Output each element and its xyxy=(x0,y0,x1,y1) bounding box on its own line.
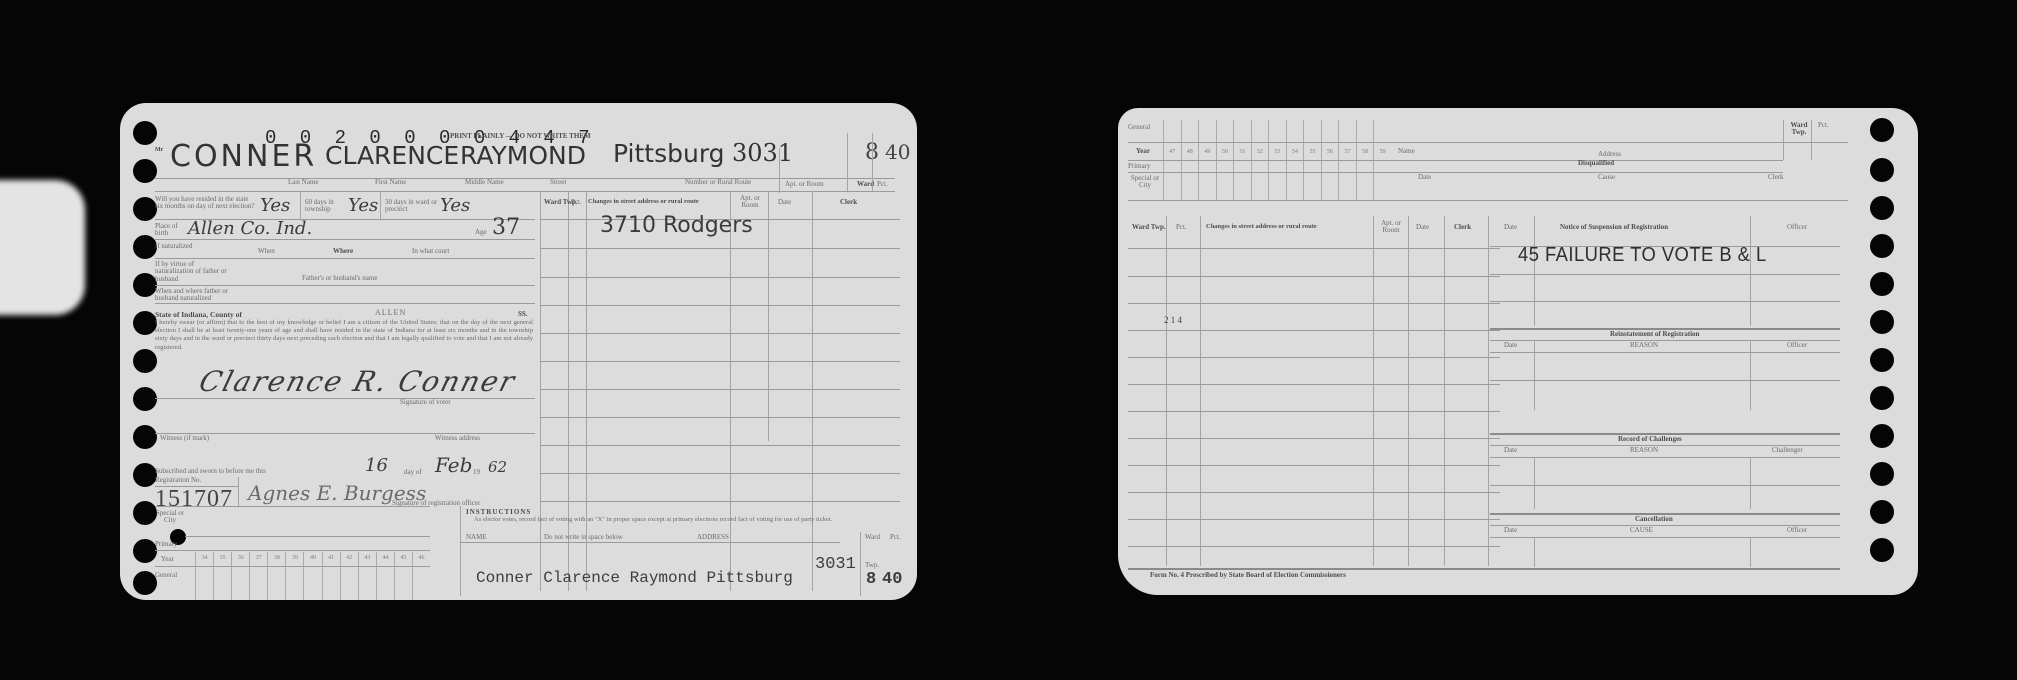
col-header-apt: Apt. or Room xyxy=(1376,220,1406,235)
year-label: 46 xyxy=(413,555,430,561)
pct-top: 40 xyxy=(885,140,910,164)
label-naturalized: If naturalized xyxy=(155,243,195,250)
punch-hole xyxy=(133,501,157,525)
label-pct-bottom: Pct. xyxy=(890,534,901,541)
year-label: 49 xyxy=(1199,149,1216,155)
year-label: 48 xyxy=(1182,149,1199,155)
label-cancellation-officer: Officer xyxy=(1787,527,1807,534)
year-cell: 38 xyxy=(267,552,285,600)
year-label: 40 xyxy=(304,555,321,561)
punch-hole xyxy=(133,387,157,411)
oath-state-label: State of Indiana, County of xyxy=(155,311,242,319)
label-challenge-date: Date xyxy=(1504,447,1517,454)
punch-hole xyxy=(1870,424,1894,448)
cancellation-title: Cancellation xyxy=(1635,516,1673,523)
middle-name: RAYMOND xyxy=(460,141,586,170)
year-label: 53 xyxy=(1269,149,1286,155)
year-label: 38 xyxy=(268,555,285,561)
punch-hole xyxy=(1870,500,1894,524)
label-father-naturalization: If by virtue of naturalization of father… xyxy=(155,261,227,283)
year-cell: 34 xyxy=(195,552,213,600)
year-label: 37 xyxy=(250,555,267,561)
col-header-changes: Changes in street address or rural route xyxy=(588,199,699,206)
instructions-box: INSTRUCTIONS As elector votes, record fa… xyxy=(460,506,910,596)
label-subscribed: Subscribed and sworn to before me this xyxy=(155,468,266,475)
label-court: In what court xyxy=(412,248,449,255)
label-challenger: Challenger xyxy=(1772,447,1803,454)
resided-state-value: Yes xyxy=(260,195,290,216)
label-last-name: Last Name xyxy=(288,179,319,186)
label-pct: Pct. xyxy=(1818,122,1829,129)
punch-hole xyxy=(133,539,157,563)
punch-hole xyxy=(133,197,157,221)
year-cell: 43 xyxy=(358,552,376,600)
label-suspension-date: Date xyxy=(1504,224,1517,231)
registration-card-front: 0 0 2 0 0 0 0 4 4 7 PRINT PLAINLY — DO N… xyxy=(120,103,917,600)
year-label: 43 xyxy=(359,555,376,561)
reinstatement-section: Reinstatement of Registration Date REASO… xyxy=(1490,328,1840,408)
label-disqualified: Disqualified xyxy=(1578,160,1614,167)
suspension-title: Notice of Suspension of Registration xyxy=(1560,224,1668,231)
header-notice: PRINT PLAINLY — DO NOT WRITE THEM xyxy=(450,133,591,140)
year-label: 41 xyxy=(323,555,340,561)
punch-hole xyxy=(1870,272,1894,296)
label-days-ward: 30 days in ward or precinct xyxy=(385,199,440,214)
grid-label-primary: Primary xyxy=(1128,163,1151,170)
label-date: Date xyxy=(1418,174,1431,181)
punch-hole xyxy=(133,159,157,183)
year-label: 44 xyxy=(377,555,394,561)
grid-label-year: Year xyxy=(161,556,174,563)
label-birth: Place of birth xyxy=(155,223,185,238)
col-header-changes: Changes in street address or rural route xyxy=(1206,224,1317,231)
label-donot-write: Do not write in space below xyxy=(544,534,623,541)
year-label: 51 xyxy=(1234,149,1251,155)
col-header-ward: Ward Twp. xyxy=(1132,224,1166,231)
year-label: 59 xyxy=(1374,149,1391,155)
year-cell: 39 xyxy=(285,552,303,600)
last-name: CONNER xyxy=(170,139,317,174)
challenges-title: Record of Challenges xyxy=(1618,436,1682,443)
punch-hole xyxy=(133,571,157,595)
grid-label-special: Special or City xyxy=(155,510,185,525)
punch-hole xyxy=(1870,462,1894,486)
label-day-of: day of xyxy=(404,469,422,476)
punch-hole xyxy=(1870,234,1894,258)
label-resided-state: Will you have resided in the state six m… xyxy=(155,196,255,211)
challenges-section: Record of Challenges Date REASON Challen… xyxy=(1490,433,1840,513)
label-reinstatement-reason: REASON xyxy=(1630,342,1658,349)
label-days-township: 60 days in township xyxy=(305,199,345,214)
label-middle-name: Middle Name xyxy=(465,179,504,186)
typed-name: Conner Clarence Raymond Pittsburg xyxy=(476,569,793,587)
street-name: Pittsburg xyxy=(613,139,725,168)
grid-label-special: Special or City xyxy=(1130,175,1160,190)
back-address-change-table: Ward Twp. Pct. Changes in street address… xyxy=(1128,216,1500,576)
year-label: 47 xyxy=(1164,149,1181,155)
suspension-entry: 45 FAILURE TO VOTE B & L xyxy=(1518,244,1767,267)
voting-grid: Special or City Primary Year General 343… xyxy=(155,506,430,600)
salutation: Mr xyxy=(155,147,163,153)
year-cell: 46 xyxy=(412,552,430,600)
oath-county: ALLEN xyxy=(375,309,406,317)
punch-hole xyxy=(133,235,157,259)
grid-label-general: General xyxy=(155,572,177,579)
label-cancellation-date: Date xyxy=(1504,527,1517,534)
punch-hole xyxy=(133,425,157,449)
punch-hole xyxy=(1870,196,1894,220)
punch-hole xyxy=(133,349,157,373)
subscribed-year: 62 xyxy=(488,458,507,476)
birth-value: Allen Co. Ind. xyxy=(188,218,312,239)
year-cell: 35 xyxy=(213,552,231,600)
label-apt: Apt. or Room xyxy=(785,181,824,188)
label-challenge-reason: REASON xyxy=(1630,447,1658,454)
scan-glare xyxy=(0,180,85,315)
label-when: When xyxy=(258,248,275,255)
label-reg-no: Registration No. xyxy=(155,477,201,484)
label-number: Number or Rural Route xyxy=(685,179,751,186)
label-first-name: First Name xyxy=(375,179,406,186)
label-father-when: When and where father or husband natural… xyxy=(155,288,240,303)
punch-hole xyxy=(133,311,157,335)
age-value: 37 xyxy=(492,215,520,240)
punch-hole xyxy=(133,273,157,297)
label-suspension-officer: Officer xyxy=(1787,224,1807,231)
label-age: Age xyxy=(475,229,487,236)
col-header-date: Date xyxy=(778,199,791,206)
reinstatement-title: Reinstatement of Registration xyxy=(1610,331,1699,338)
oath-ss: SS. xyxy=(518,311,528,318)
col-header-pct: Pct. xyxy=(571,199,582,206)
year-label: 56 xyxy=(1322,149,1339,155)
form-footer: Form No. 4 Prescribed by State Board of … xyxy=(1150,572,1346,579)
col-header-clerk: Clerk xyxy=(1454,224,1471,231)
days-ward-value: Yes xyxy=(440,195,470,216)
punch-hole xyxy=(133,121,157,145)
grid-label-year: Year xyxy=(1136,148,1150,155)
year-label: 54 xyxy=(1287,149,1304,155)
label-ward: Ward Twp. xyxy=(1788,122,1810,137)
col-header-apt: Apt. or Room xyxy=(735,195,765,210)
year-cell: 44 xyxy=(376,552,394,600)
year-label: 57 xyxy=(1339,149,1356,155)
days-township-value: Yes xyxy=(348,195,378,216)
typed-ward: 8 xyxy=(866,570,876,589)
address-change-entry: 3710 Rodgers xyxy=(600,213,753,238)
first-name: CLARENCE xyxy=(325,141,459,170)
year-label: 45 xyxy=(395,555,412,561)
label-year: 19 xyxy=(473,469,480,476)
year-label: 39 xyxy=(286,555,303,561)
label-twp-bottom: Twp. xyxy=(865,562,879,569)
year-label: 55 xyxy=(1304,149,1321,155)
label-name: NAME xyxy=(466,534,487,541)
cancellation-section: Cancellation Date CAUSE Officer xyxy=(1490,513,1840,573)
label-cause: Cause xyxy=(1598,174,1615,181)
label-father-name: Father's or husband's name xyxy=(302,275,377,282)
punch-hole xyxy=(1870,158,1894,182)
label-voter-signature: Signature of voter xyxy=(400,399,451,406)
year-label: 35 xyxy=(214,555,231,561)
year-label: 34 xyxy=(196,555,213,561)
label-ward-bottom: Ward xyxy=(865,534,880,541)
label-pct: Pct. xyxy=(877,181,888,188)
year-cell: 36 xyxy=(231,552,249,600)
grid-label-general: General xyxy=(1128,124,1150,131)
label-clerk: Clerk xyxy=(1768,174,1784,181)
street-number: 3031 xyxy=(732,139,793,167)
grid-label-primary: Primary xyxy=(155,541,178,548)
col-header-date: Date xyxy=(1416,224,1429,231)
label-witness-address: Witness address xyxy=(435,435,480,442)
pencil-marks: 2 1 4 xyxy=(1164,316,1182,325)
label-cancellation-cause: CAUSE xyxy=(1630,527,1653,534)
label-address: Address xyxy=(1598,151,1621,158)
label-reinstatement-date: Date xyxy=(1504,342,1517,349)
oath-text: I hereby swear (or affirm) that to the b… xyxy=(155,319,533,352)
punch-hole xyxy=(1870,118,1894,142)
year-cell: 41 xyxy=(322,552,340,600)
year-label: 58 xyxy=(1357,149,1374,155)
punch-hole xyxy=(1870,538,1894,562)
year-cell: 45 xyxy=(394,552,412,600)
year-label: 50 xyxy=(1217,149,1234,155)
punch-hole xyxy=(1870,348,1894,372)
year-label: 42 xyxy=(341,555,358,561)
typed-pct: 40 xyxy=(882,570,902,589)
punch-hole xyxy=(1870,310,1894,334)
label-where: Where xyxy=(333,248,353,255)
typed-number: 3031 xyxy=(815,555,856,574)
label-name: Name xyxy=(1398,148,1415,155)
suspension-section: Date Notice of Suspension of Registratio… xyxy=(1490,216,1840,296)
year-label: 36 xyxy=(232,555,249,561)
label-reinstatement-officer: Officer xyxy=(1787,342,1807,349)
col-header-clerk: Clerk xyxy=(840,199,857,206)
punch-hole xyxy=(133,463,157,487)
registration-card-back: General Year Primary Special or City 474… xyxy=(1118,108,1918,595)
subscribed-day: 16 xyxy=(365,455,388,476)
instructions-text: As elector votes, record fact of voting … xyxy=(474,517,894,524)
year-cell: 40 xyxy=(303,552,321,600)
label-witness: Witness (if mark) xyxy=(160,435,209,442)
year-label: 52 xyxy=(1252,149,1269,155)
label-address: ADDRESS xyxy=(697,534,729,541)
punch-hole xyxy=(1870,386,1894,410)
voter-signature: Clarence R. Conner xyxy=(196,365,520,398)
subscribed-month: Feb xyxy=(435,453,472,477)
label-street: Street xyxy=(550,179,566,186)
col-header-pct: Pct. xyxy=(1176,224,1187,231)
year-cell: 42 xyxy=(340,552,358,600)
year-cell: 37 xyxy=(249,552,267,600)
back-voting-grid: General Year Primary Special or City 474… xyxy=(1128,120,1848,200)
